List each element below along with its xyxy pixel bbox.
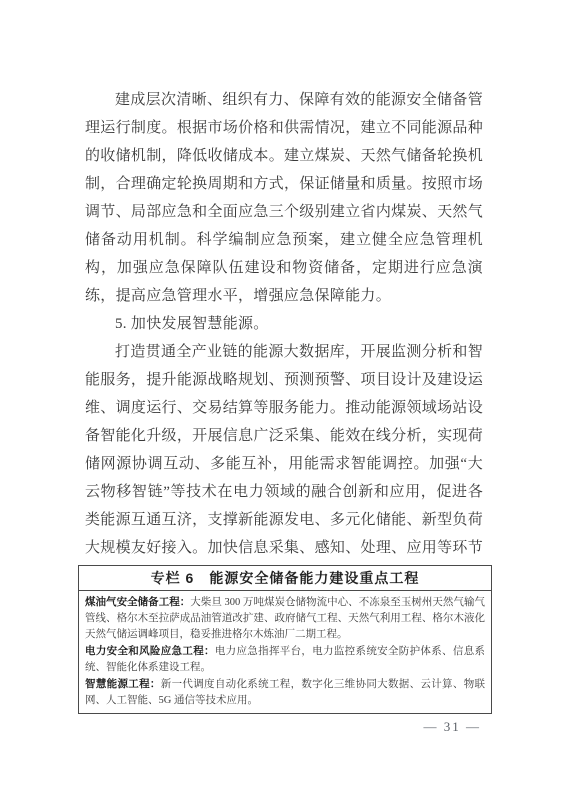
paragraph-smart-energy: 打造贯通全产业链的能源大数据库，开展监测分析和智能服务，提升能源战略规划、预测预… — [85, 338, 483, 590]
page-number: — 31 — — [424, 719, 482, 735]
key-projects-box: 专栏 6 能源安全储备能力建设重点工程 煤油气安全储备工程：大柴旦 300 万吨… — [78, 565, 492, 714]
paragraph-storage-system: 建成层次清晰、组织有力、保障有效的能源安全储备管理运行制度。根据市场价格和供需情… — [85, 86, 483, 310]
box-title: 专栏 6 能源安全储备能力建设重点工程 — [79, 566, 491, 591]
box-item-label: 电力安全和风险应急工程： — [85, 645, 215, 657]
box-item-label: 煤油气安全储备工程： — [85, 596, 190, 608]
box-item-coal-oil-gas: 煤油气安全储备工程：大柴旦 300 万吨煤炭仓储物流中心、不冻泉至玉树州天然气输… — [85, 594, 485, 643]
main-text-block: 建成层次清晰、组织有力、保障有效的能源安全储备管理运行制度。根据市场价格和供需情… — [85, 86, 483, 590]
box-item-label: 智慧能源工程： — [85, 678, 161, 690]
box-item-smart-energy: 智慧能源工程：新一代调度自动化系统工程，数字化三维协同大数据、云计算、物联网、人… — [85, 676, 485, 709]
box-body: 煤油气安全储备工程：大柴旦 300 万吨煤炭仓储物流中心、不冻泉至玉树州天然气输… — [79, 591, 491, 713]
box-item-power-safety: 电力安全和风险应急工程：电力应急指挥平台，电力监控系统安全防护体系、信息系统、智… — [85, 643, 485, 676]
section-heading-smart-energy: 5. 加快发展智慧能源。 — [85, 310, 483, 338]
document-page: 建成层次清晰、组织有力、保障有效的能源安全储备管理运行制度。根据市场价格和供需情… — [0, 0, 565, 800]
